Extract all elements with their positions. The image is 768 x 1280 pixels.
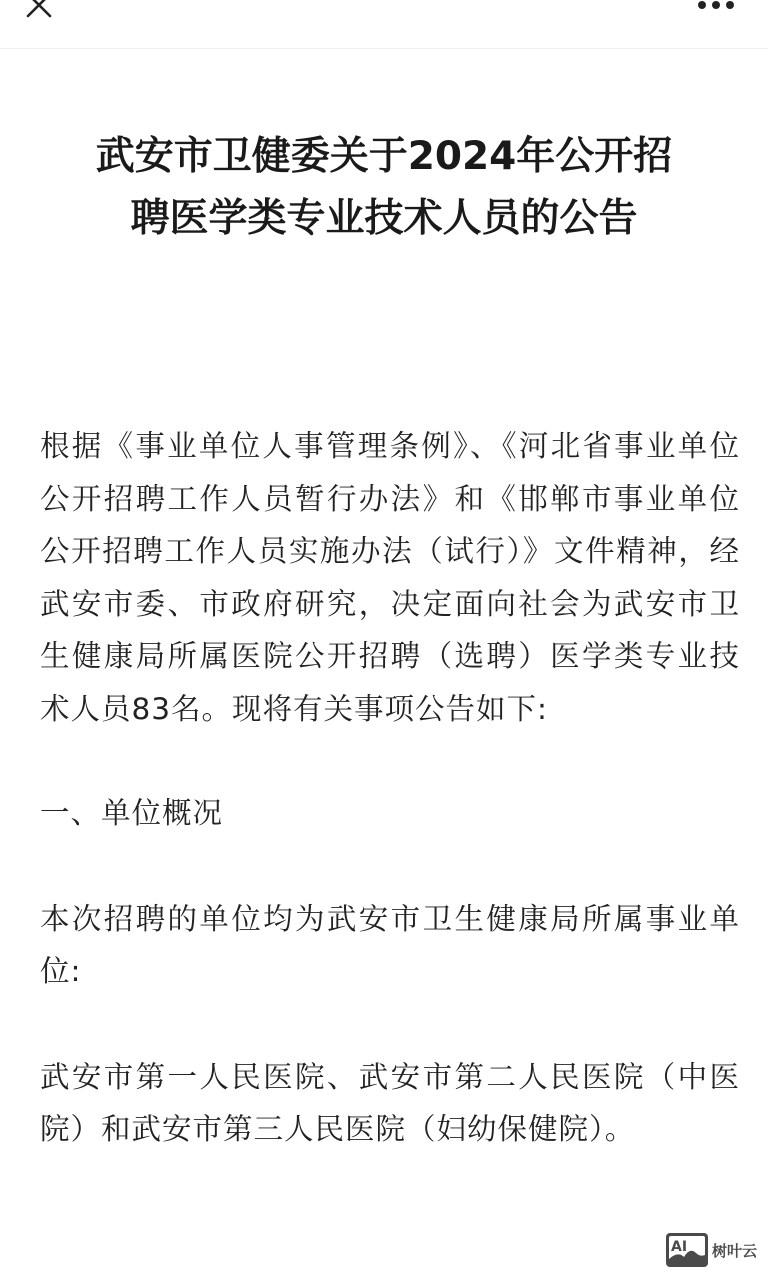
svg-text:AI: AI	[671, 1239, 687, 1255]
article-title-line-2: 聘医学类专业技术人员的公告	[130, 196, 637, 241]
article-body: 根据《事业单位人事管理条例》、《河北省事业单位公开招聘工作人员暂行办法》和《邯郸…	[40, 420, 740, 1156]
watermark-brand: 树叶云	[712, 1240, 757, 1261]
intro-paragraph: 根据《事业单位人事管理条例》、《河北省事业单位公开招聘工作人员暂行办法》和《邯郸…	[40, 420, 740, 735]
section-heading-unit-overview: 一、单位概况	[40, 787, 740, 840]
more-horizontal-icon	[696, 0, 740, 14]
article-title-line-1: 武安市卫健委关于2024年公开招	[96, 134, 673, 179]
article-title: 武安市卫健委关于2024年公开招 聘医学类专业技术人员的公告	[36, 126, 732, 250]
top-nav-bar	[0, 0, 768, 49]
more-options-button[interactable]	[696, 0, 740, 14]
hospital-list-paragraph: 武安市第一人民医院、武安市第二人民医院（中医院）和武安市第三人民医院（妇幼保健院…	[40, 1051, 740, 1156]
watermark: AI 树叶云	[666, 1233, 757, 1267]
close-button[interactable]	[22, 0, 56, 22]
section-body-paragraph: 本次招聘的单位均为武安市卫生健康局所属事业单位:	[40, 893, 740, 998]
close-icon	[22, 0, 56, 22]
ai-logo-icon: AI	[666, 1233, 708, 1267]
